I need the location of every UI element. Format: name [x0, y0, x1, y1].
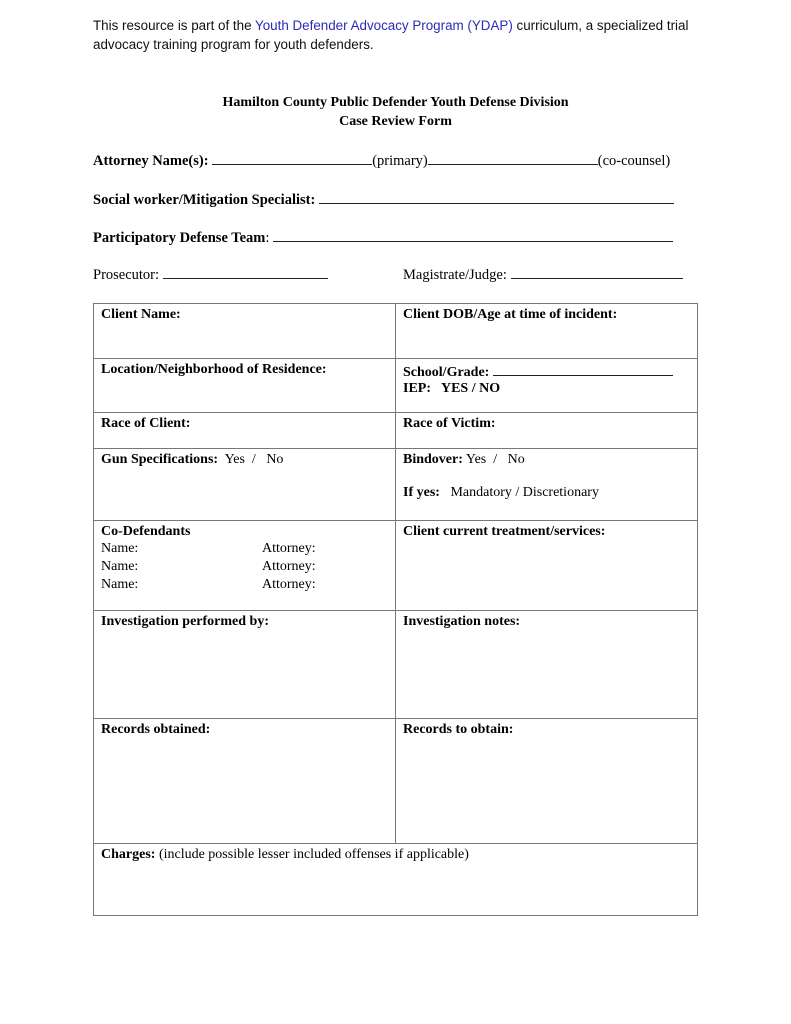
charges-label: Charges: [101, 847, 155, 862]
school-grade-field[interactable] [493, 362, 673, 376]
race-victim-label: Race of Victim: [403, 416, 496, 431]
race-client-cell[interactable]: Race of Client: [94, 413, 396, 449]
iep-options[interactable]: YES / NO [441, 381, 500, 396]
ydap-link[interactable]: Youth Defender Advocacy Program (YDAP) [255, 18, 513, 33]
if-yes-options[interactable]: Mandatory / Discretionary [450, 485, 599, 500]
race-victim-cell[interactable]: Race of Victim: [396, 413, 698, 449]
records-to-obtain-label: Records to obtain: [403, 722, 513, 737]
bindover-label: Bindover: [403, 452, 463, 467]
location-label: Location/Neighborhood of Residence: [101, 362, 327, 377]
bindover-cell[interactable]: Bindover: Yes / No If yes: Mandatory / D… [396, 449, 698, 521]
attorney-label: Attorney Name(s): [93, 153, 209, 169]
charges-note: (include possible lesser included offens… [159, 847, 469, 862]
records-obtained-cell[interactable]: Records obtained: [94, 719, 396, 844]
school-grade-label: School/Grade: [403, 365, 489, 380]
prosecutor-label: Prosecutor: [93, 267, 159, 283]
bindover-options[interactable]: Yes / No [466, 452, 525, 467]
codefendant-name-label: Name: [101, 558, 262, 576]
investigation-notes-label: Investigation notes: [403, 614, 520, 629]
social-worker-row: Social worker/Mitigation Specialist: [93, 190, 674, 209]
attorney-row: Attorney Name(s): (primary)(co-counsel) [93, 151, 670, 170]
participatory-field[interactable] [273, 228, 673, 242]
codefendants-list: Name:Attorney:Name:Attorney:Name:Attorne… [101, 540, 388, 594]
investigation-by-cell[interactable]: Investigation performed by: [94, 611, 396, 719]
social-worker-field[interactable] [319, 190, 674, 204]
gun-spec-label: Gun Specifications: [101, 452, 218, 467]
investigation-notes-cell[interactable]: Investigation notes: [396, 611, 698, 719]
participatory-colon: : [265, 230, 269, 246]
participatory-label: Participatory Defense Team [93, 230, 265, 246]
prosecutor-row: Prosecutor: [93, 265, 328, 284]
form-title: Case Review Form [0, 114, 791, 130]
client-dob-cell[interactable]: Client DOB/Age at time of incident: [396, 304, 698, 359]
records-to-obtain-cell[interactable]: Records to obtain: [396, 719, 698, 844]
charges-cell[interactable]: Charges: (include possible lesser includ… [94, 844, 698, 916]
attorney-cocounsel-field[interactable] [428, 151, 598, 165]
case-review-table: Client Name: Client DOB/Age at time of i… [93, 303, 698, 916]
investigation-by-label: Investigation performed by: [101, 614, 269, 629]
location-cell[interactable]: Location/Neighborhood of Residence: [94, 359, 396, 413]
client-name-cell[interactable]: Client Name: [94, 304, 396, 359]
records-obtained-label: Records obtained: [101, 722, 210, 737]
codefendant-name-label: Name: [101, 540, 262, 558]
iep-label: IEP: [403, 381, 431, 396]
magistrate-field[interactable] [511, 265, 683, 279]
cocounsel-label: (co-counsel) [598, 153, 670, 169]
client-name-label: Client Name: [101, 307, 181, 322]
treatment-label: Client current treatment/services: [403, 524, 605, 539]
treatment-cell[interactable]: Client current treatment/services: [396, 521, 698, 611]
social-worker-label: Social worker/Mitigation Specialist: [93, 192, 315, 208]
if-yes-label: If yes: [403, 485, 440, 500]
school-cell[interactable]: School/Grade: IEP: YES / NO [396, 359, 698, 413]
form-organization-title: Hamilton County Public Defender Youth De… [0, 95, 791, 111]
gun-spec-options[interactable]: Yes / No [225, 452, 284, 467]
banner-prefix: This resource is part of the [93, 18, 255, 33]
participatory-row: Participatory Defense Team: [93, 228, 673, 247]
prosecutor-field[interactable] [163, 265, 328, 279]
codefendants-cell[interactable]: Co-Defendants Name:Attorney:Name:Attorne… [94, 521, 396, 611]
attorney-primary-field[interactable] [212, 151, 372, 165]
codefendants-title: Co-Defendants [101, 524, 388, 540]
race-client-label: Race of Client: [101, 416, 190, 431]
codefendant-attorney-label: Attorney: [262, 576, 388, 594]
codefendant-name-label: Name: [101, 576, 262, 594]
client-dob-label: Client DOB/Age at time of incident: [403, 307, 617, 322]
codefendant-attorney-label: Attorney: [262, 558, 388, 576]
primary-label: (primary) [372, 153, 428, 169]
codefendant-attorney-label: Attorney: [262, 540, 388, 558]
magistrate-label: Magistrate/Judge: [403, 267, 507, 283]
gun-spec-cell[interactable]: Gun Specifications: Yes / No [94, 449, 396, 521]
magistrate-row: Magistrate/Judge: [403, 265, 683, 284]
ydap-banner: This resource is part of the Youth Defen… [93, 16, 703, 54]
